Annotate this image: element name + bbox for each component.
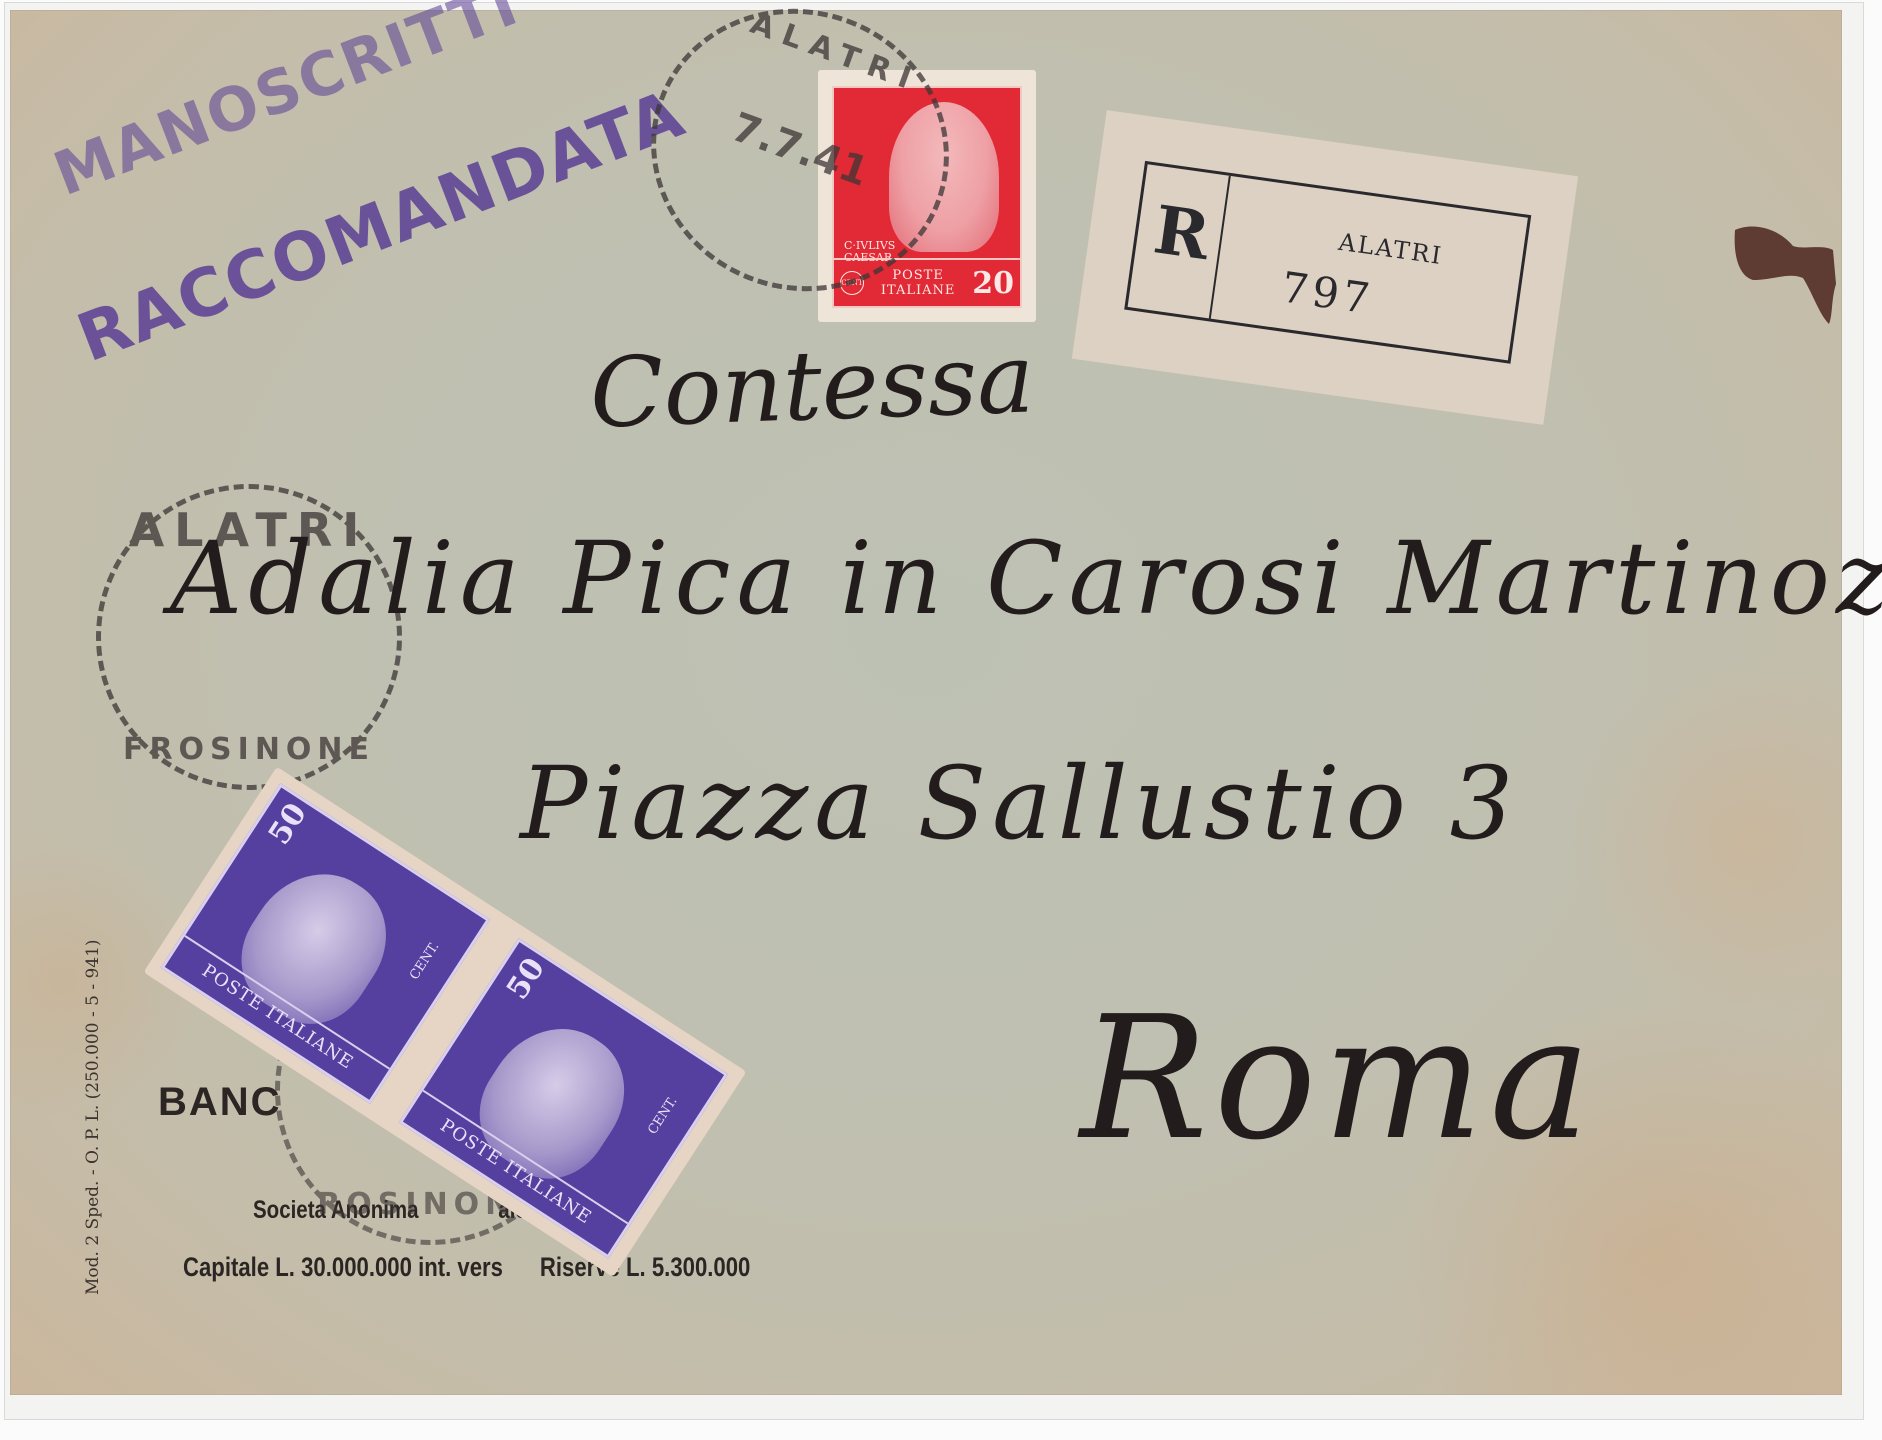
bank-capital-line: Capitale L. 30.000.000 int. vers Riserve… bbox=[183, 1252, 750, 1283]
address-line-name: Adalia Pica in Carosi Martinozzi bbox=[170, 520, 1882, 637]
address-line-city: Roma bbox=[1080, 980, 1597, 1178]
registration-number: 797 bbox=[1279, 262, 1377, 323]
stamp-value: 20 bbox=[972, 266, 1014, 301]
registration-letter: R bbox=[1149, 190, 1214, 275]
stamp-country: POSTE ITALIANE bbox=[864, 268, 972, 298]
form-code-imprint: Mod. 2 Sped. - O. P. L. (250.000 - 5 - 9… bbox=[83, 939, 103, 1295]
registration-office: ALATRI bbox=[1337, 228, 1445, 270]
postmark-date: 7.7.41 bbox=[726, 104, 875, 196]
address-line-street: Piazza Sallustio 3 bbox=[520, 745, 1519, 862]
registration-box: R ALATRI 797 bbox=[1124, 161, 1531, 364]
ink-stain bbox=[1733, 222, 1838, 327]
address-line-title: Contessa bbox=[588, 322, 1036, 449]
